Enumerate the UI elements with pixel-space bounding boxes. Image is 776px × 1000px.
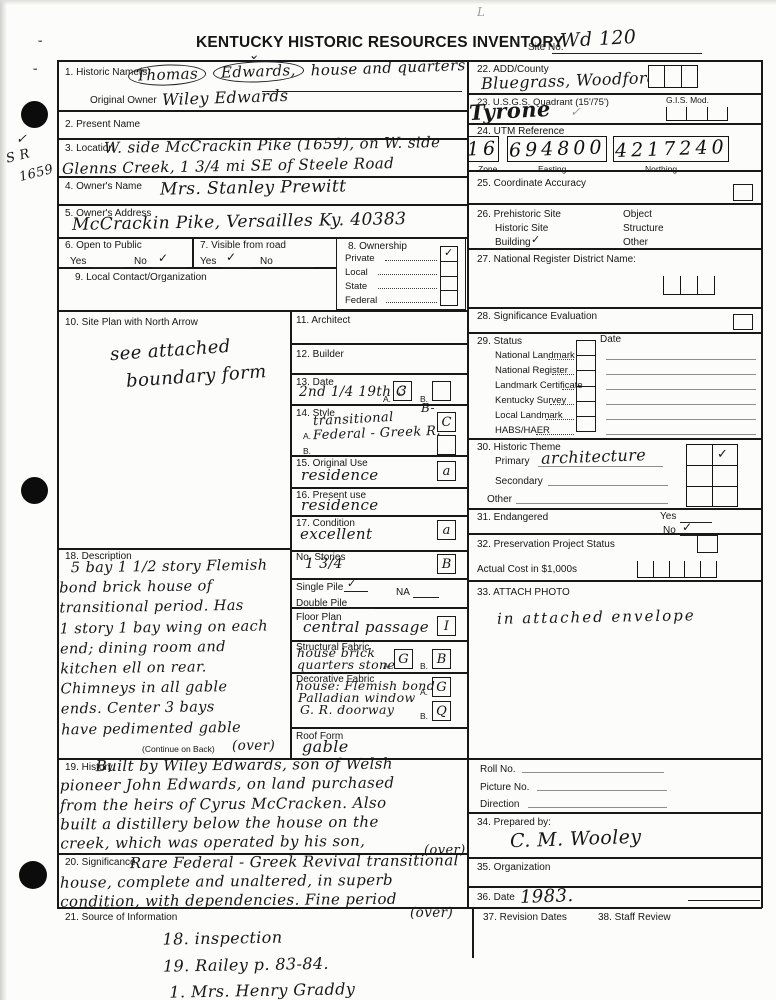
roll-no-line xyxy=(522,772,664,773)
rule xyxy=(472,908,474,958)
grid-cell xyxy=(712,465,737,485)
structural-b-label: B. xyxy=(420,661,428,672)
field-30-other-label: Other xyxy=(487,494,512,505)
code-cell xyxy=(687,107,707,120)
rule xyxy=(290,455,467,457)
field-26-label: 26. Prehistoric Site xyxy=(477,209,561,220)
field-26-other: Other xyxy=(623,237,648,248)
utm-northing-box: 4217240 xyxy=(613,136,729,162)
grid-cell xyxy=(687,445,712,465)
field-6-no-line xyxy=(152,266,186,268)
field-32-label: 32. Preservation Project Status xyxy=(477,539,615,550)
field-31-label: 31. Endangered xyxy=(477,512,548,523)
field-31-no-check: ✓ xyxy=(682,520,692,534)
utm-zone-value: 16 xyxy=(467,137,500,160)
code-cell xyxy=(701,561,716,577)
date-line xyxy=(606,404,756,405)
structural-line2: quarters stone xyxy=(297,657,395,672)
field-1-value-rest: house and quarters xyxy=(310,56,466,79)
field-2-label: 2. Present Name xyxy=(65,119,140,130)
field-38-label: 38. Staff Review xyxy=(598,912,671,923)
field-30-primary-value: architecture xyxy=(541,445,647,468)
field-21-label: 21. Source of Information xyxy=(65,912,177,923)
field-15-code: a xyxy=(437,461,456,481)
history-text: Built by Wiley Edwards, son of Welsh pio… xyxy=(60,755,396,854)
ownership-private-check: ✓ xyxy=(444,246,454,259)
field-28-code-box xyxy=(733,314,753,330)
description-line: have pedimented gable xyxy=(61,717,270,740)
rule xyxy=(467,203,762,205)
rule xyxy=(262,90,462,92)
code-cell xyxy=(649,66,665,87)
original-owner-value: Wiley Edwards xyxy=(162,86,289,109)
dotted-leader xyxy=(386,301,437,303)
hole-punch xyxy=(19,861,47,889)
field-3-line2: Glenns Creek, 1 3/4 mi SE of Steele Road xyxy=(62,154,394,178)
significance-over-note: (over) xyxy=(410,905,453,921)
utm-easting-label: Easting xyxy=(538,164,566,175)
significance-line: condition, with dependencies. Fine perio… xyxy=(60,889,459,911)
picture-no-line xyxy=(537,790,667,791)
field-4-value: Mrs. Stanley Prewitt xyxy=(160,176,347,199)
site-plan-note-line1: see attached xyxy=(109,336,231,365)
field-7-yes-label: Yes xyxy=(200,256,216,267)
picture-no-label: Picture No. xyxy=(480,782,529,793)
field-13-a-label: A. xyxy=(383,394,391,405)
rule xyxy=(761,60,763,908)
na-label: NA xyxy=(396,587,410,598)
historic-theme-grid xyxy=(686,444,738,507)
other-line xyxy=(516,503,668,504)
dotted-leader xyxy=(548,358,574,360)
field-23-value: Tyrone xyxy=(468,96,551,125)
date-line xyxy=(606,389,756,390)
encircled-word: Thomas xyxy=(128,63,207,87)
source-line: 19. Railey p. 83-84. xyxy=(163,950,355,980)
field-7-no-label: No xyxy=(260,256,273,267)
stories-value: 1 3/4 xyxy=(305,556,343,572)
field-13-code-a: 3 xyxy=(393,381,412,401)
site-plan-note-line2: boundary form xyxy=(125,361,267,392)
decorative-code-a: G xyxy=(432,677,451,697)
code-cell xyxy=(685,561,701,577)
utm-northing-value: 4217240 xyxy=(614,136,727,162)
rule xyxy=(290,487,467,489)
rule xyxy=(57,204,467,206)
utm-zone-label: Zone xyxy=(478,164,497,175)
actual-cost-cells xyxy=(637,561,717,578)
field-23-pencil-mark: ✓ xyxy=(570,105,581,120)
field-30-secondary-label: Secondary xyxy=(495,476,543,487)
field-8-label: 8. Ownership xyxy=(348,241,407,252)
dotted-leader xyxy=(385,259,437,261)
rule xyxy=(290,343,467,345)
rule xyxy=(290,404,467,406)
field-9-label: 9. Local Contact/Organization xyxy=(75,272,207,283)
rule xyxy=(467,60,469,908)
stories-code: B xyxy=(437,554,456,574)
scanned-form-page: ’ ’ ⌄ L ✓ S R 1659 KENTUCKY HISTORIC RES… xyxy=(0,0,776,1000)
field-4-label: 4. Owner's Name xyxy=(65,181,142,192)
rule xyxy=(467,857,762,859)
pen-mark: ’ xyxy=(29,38,44,49)
code-cell xyxy=(638,561,654,577)
description-line: 1 story 1 bay wing on each xyxy=(60,616,269,639)
rule xyxy=(467,438,762,440)
decorative-a-label: A. xyxy=(420,687,428,698)
margin-check: ✓ xyxy=(16,132,27,147)
double-pile-label: Double Pile xyxy=(296,598,347,609)
rule xyxy=(290,373,467,375)
field-37-label: 37. Revision Dates xyxy=(483,912,567,923)
field-6-yes-line xyxy=(92,266,124,268)
checkbox-federal xyxy=(441,290,457,305)
field-32-code-box xyxy=(697,535,718,553)
field-7-no-line xyxy=(280,266,314,268)
field-22-code-cells xyxy=(648,65,698,88)
field-14-a-label: A. xyxy=(303,431,311,442)
field-30-primary-label: Primary xyxy=(495,456,529,467)
margin-route-label: S R xyxy=(5,146,32,166)
site-no-value: Wd 120 xyxy=(559,26,636,52)
rule xyxy=(467,248,762,250)
field-10-label: 10. Site Plan with North Arrow xyxy=(65,317,198,328)
field-33-value: in attached envelope xyxy=(497,606,696,627)
significance-line: Rare Federal - Greek Revival transitiona… xyxy=(60,851,459,873)
gis-mod-label: G.I.S. Mod. xyxy=(666,95,709,106)
description-text: 5 bay 1 1/2 story Flemish bond brick hou… xyxy=(59,556,270,741)
field-29-date-label: Date xyxy=(600,334,621,345)
field-16-value: residence xyxy=(301,496,379,514)
primary-line xyxy=(538,466,663,467)
rule xyxy=(290,310,292,758)
roll-no-label: Roll No. xyxy=(480,764,516,775)
code-cell xyxy=(664,276,681,294)
rule xyxy=(467,812,762,814)
date-line xyxy=(606,359,756,360)
dotted-leader xyxy=(552,373,574,375)
field-34-value: C. M. Wooley xyxy=(510,826,642,853)
dotted-leader xyxy=(378,287,437,289)
field-15-value: residence xyxy=(301,466,379,484)
actual-cost-label: Actual Cost in $1,000s xyxy=(477,564,577,575)
significance-text: Rare Federal - Greek Revival transitiona… xyxy=(60,851,459,911)
rule xyxy=(57,548,290,550)
field-25-code-box xyxy=(733,184,753,201)
rule xyxy=(290,578,467,580)
field-14-code-b xyxy=(437,435,456,455)
rule xyxy=(467,123,762,125)
rule xyxy=(192,237,194,267)
rule xyxy=(467,93,762,95)
rule xyxy=(57,110,467,112)
scan-edge-shadow-top xyxy=(0,0,776,5)
single-pile-line xyxy=(344,590,368,592)
field-14-annotation: B- xyxy=(421,401,435,415)
grid-cell xyxy=(687,465,712,485)
rule xyxy=(290,515,467,517)
double-pile-line xyxy=(349,607,375,609)
rule xyxy=(467,307,762,309)
floor-plan-value: central passage xyxy=(303,618,429,636)
ownership-option-local: Local xyxy=(345,267,368,278)
structural-code-b: B xyxy=(432,649,451,669)
date-line xyxy=(606,419,756,420)
description-line: 5 bay 1 1/2 story Flemish xyxy=(59,556,268,579)
checkbox xyxy=(577,355,595,370)
rule xyxy=(688,900,760,901)
date-line xyxy=(606,374,756,375)
rule xyxy=(57,310,467,312)
decorative-line3: G. R. doorway xyxy=(300,702,394,717)
field-11-label: 11. Architect xyxy=(296,315,350,326)
field-7-yes-line xyxy=(222,266,252,268)
ownership-option-federal: Federal xyxy=(345,295,377,306)
original-owner-label: Original Owner xyxy=(90,95,157,106)
scan-edge-shadow xyxy=(0,0,7,1000)
pen-mark: ’ xyxy=(24,66,39,77)
roof-form-value: gable xyxy=(302,737,349,756)
field-36-label: 36. Date xyxy=(477,892,515,903)
field-36-value: 1983. xyxy=(520,885,574,908)
rule xyxy=(467,170,762,172)
decorative-b-label: B. xyxy=(420,711,428,722)
field-14-line2: Federal - Greek R. xyxy=(313,424,441,443)
checkbox xyxy=(577,401,595,416)
field-27-code-cells xyxy=(663,276,715,295)
field-27-label: 27. National Register District Name: xyxy=(477,254,636,265)
dotted-leader xyxy=(562,388,574,390)
structural-a-label: A. xyxy=(383,661,391,672)
decorative-code-b: Q xyxy=(432,701,451,721)
history-line: creek, which was operated by his son, xyxy=(60,832,395,854)
dotted-leader xyxy=(536,433,574,435)
checkbox-local xyxy=(441,261,457,276)
grid-cell xyxy=(712,486,737,506)
utm-easting-value: 694800 xyxy=(508,136,605,161)
code-cell xyxy=(654,561,670,577)
dotted-leader xyxy=(550,403,574,405)
ownership-option-state: State xyxy=(345,281,367,292)
field-26-structure: Structure xyxy=(623,223,664,234)
floor-plan-code: I xyxy=(437,616,456,636)
hole-punch xyxy=(21,101,48,128)
field-26-building: Building xyxy=(495,237,531,248)
page-title: KENTUCKY HISTORIC RESOURCES INVENTORY xyxy=(196,37,564,48)
description-over-note: (over) xyxy=(232,738,275,754)
history-line: pioneer John Edwards, on land purchased xyxy=(60,774,395,796)
hole-punch xyxy=(21,477,48,504)
checkbox xyxy=(577,416,595,431)
field-17-code: a xyxy=(437,520,456,540)
dotted-leader xyxy=(378,273,437,275)
field-6-no-check: ✓ xyxy=(158,251,168,265)
field-7-label: 7. Visible from road xyxy=(200,240,286,251)
margin-route-number: 1659 xyxy=(18,162,55,185)
gis-mod-cells xyxy=(666,107,728,121)
utm-easting-box: 694800 xyxy=(507,136,607,162)
field-28-label: 28. Significance Evaluation xyxy=(477,311,597,322)
continue-on-back-label: (Continue on Back) xyxy=(142,744,215,755)
field-26-building-check: ✓ xyxy=(531,233,541,246)
code-cell xyxy=(682,66,697,87)
ownership-option-private: Private xyxy=(345,253,375,264)
source-of-information-text: 18. inspection 19. Railey p. 83-84. 1. M… xyxy=(162,923,355,1000)
field-34-label: 34. Prepared by: xyxy=(477,817,551,828)
rule xyxy=(467,886,762,888)
field-14-code-a: C xyxy=(437,412,456,432)
field-25-label: 25. Coordinate Accuracy xyxy=(477,178,586,189)
field-31-no-label: No xyxy=(663,525,676,536)
source-line: 1. Mrs. Henry Graddy xyxy=(163,976,355,1000)
field-12-label: 12. Builder xyxy=(296,349,344,360)
utm-zone-box: 16 xyxy=(467,136,499,162)
single-pile-label: Single Pile xyxy=(296,582,343,593)
structural-code-a: G xyxy=(394,649,413,669)
secondary-line xyxy=(548,485,668,486)
description-line: transitional period. Has xyxy=(59,596,268,619)
field-7-yes-check: ✓ xyxy=(226,250,236,264)
code-cell xyxy=(667,107,687,120)
rule xyxy=(467,508,762,510)
field-31-yes-label: Yes xyxy=(660,511,676,522)
field-6-label: 6. Open to Public xyxy=(65,240,142,251)
checkbox xyxy=(577,341,595,355)
code-cell xyxy=(665,66,681,87)
field-13-code-b xyxy=(432,381,451,401)
code-cell xyxy=(681,276,698,294)
single-pile-check: ✓ xyxy=(347,577,357,590)
site-no-line xyxy=(552,52,702,54)
field-14-b-label: B. xyxy=(303,446,311,457)
code-cell xyxy=(670,561,686,577)
checkbox-state xyxy=(441,276,457,291)
rule xyxy=(290,727,467,729)
grid-cell xyxy=(687,486,712,506)
direction-line xyxy=(528,807,667,808)
na-line xyxy=(413,596,439,598)
field-26-object: Object xyxy=(623,209,652,220)
utm-northing-label: Northing xyxy=(645,164,677,175)
encircled-word: Edwards, xyxy=(213,60,304,84)
dotted-leader xyxy=(546,418,574,420)
direction-label: Direction xyxy=(480,799,519,810)
field-33-label: 33. ATTACH PHOTO xyxy=(477,587,570,598)
pen-mark: L xyxy=(477,5,485,19)
field-6-yes-label: Yes xyxy=(70,256,86,267)
rule xyxy=(467,580,762,582)
field-29-label: 29. Status xyxy=(477,336,522,347)
source-line: 18. inspection xyxy=(162,923,354,953)
code-cell xyxy=(708,107,727,120)
date-line xyxy=(606,434,756,435)
field-35-label: 35. Organization xyxy=(477,862,550,873)
field-17-value: excellent xyxy=(300,525,372,543)
code-cell xyxy=(698,276,714,294)
historic-theme-check: ✓ xyxy=(717,447,728,462)
field-6-no-label: No xyxy=(134,256,147,267)
